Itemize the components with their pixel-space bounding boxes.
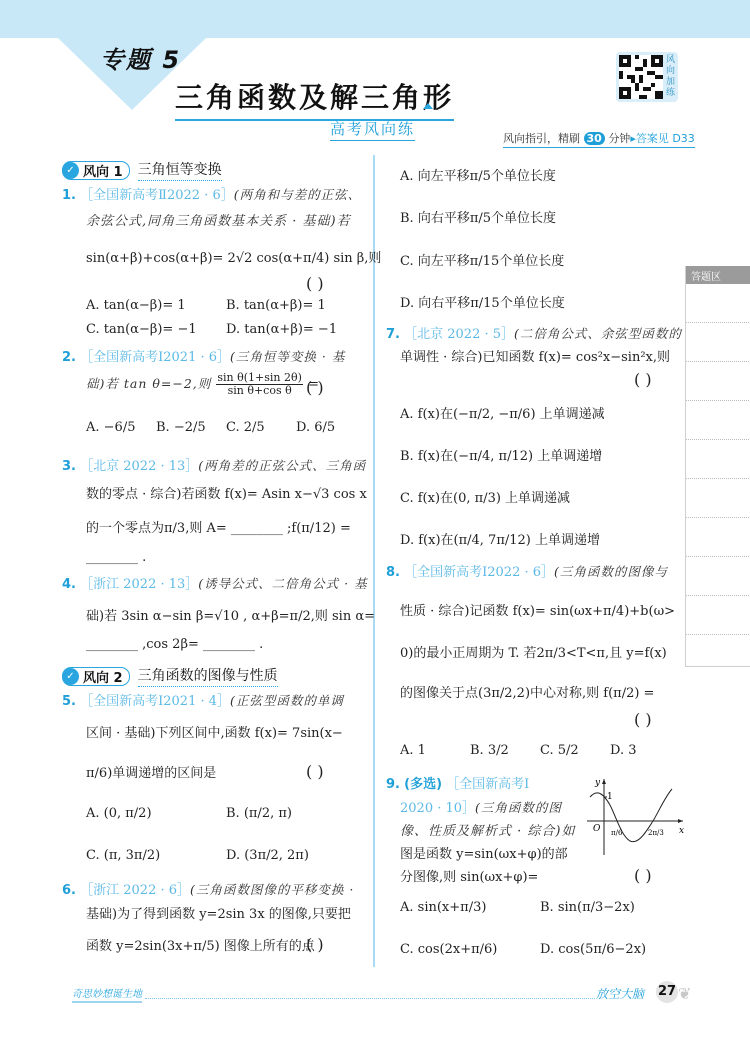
question-number: 3. (62, 459, 76, 474)
option-c[interactable]: C. 2/5 (226, 420, 265, 435)
peak-label: 1 (607, 792, 613, 802)
guide-minutes-badge: 30 (584, 132, 605, 145)
option-c[interactable]: C. 向左平移π/15个单位长度 (400, 250, 564, 269)
section-1-badge-label: 风向 1 (83, 161, 123, 180)
option-c[interactable]: C. cos(2x+π/6) (400, 942, 497, 957)
answer-line (686, 556, 750, 557)
question-text: 像、性质及解析式 · 综合)如 (400, 820, 575, 839)
question-text: 分图像,则 sin(ωx+φ)= (400, 866, 538, 885)
compass-icon: ✓ (62, 668, 79, 685)
question-4: 4. ［浙江 2022 · 13］(诱导公式、二倍角公式 · 基 (62, 573, 368, 592)
question-keywords: (二倍角公式、余弦型函数的 (514, 326, 682, 341)
title-arrow-icon (423, 103, 433, 109)
answer-paren[interactable]: ( ) (634, 370, 652, 389)
question-3: 3. ［北京 2022 · 13］(两角差的正弦公式、三角函 (62, 455, 366, 474)
option-c[interactable]: C. tan(α−β)= −1 (86, 322, 197, 337)
option-d[interactable]: D. 3 (610, 743, 637, 758)
question-7: 7. ［北京 2022 · 5］(二倍角公式、余弦型函数的 (386, 323, 682, 342)
answer-line (686, 517, 750, 518)
option-a[interactable]: A. (0, π/2) (86, 806, 152, 821)
leaf-icon: ❦ (678, 984, 691, 1003)
section-2-title: 三角函数的图像与性质 (138, 665, 278, 687)
question-source: 2020 · 10］ (400, 801, 475, 816)
y-axis-label: y (594, 778, 601, 788)
question-number: 7. (386, 327, 400, 342)
question-source: ［浙江 2022 · 6］ (80, 883, 190, 898)
question-source: ［全国新高考Ⅰ2022 · 6］ (404, 565, 554, 580)
question-number: 1. (62, 188, 76, 203)
guide-prefix: 风向指引，精刷 (503, 132, 580, 145)
option-d[interactable]: D. tan(α+β)= −1 (226, 322, 337, 337)
question-keywords: (两角差的正弦公式、三角函 (198, 458, 366, 473)
question-number: 4. (62, 577, 76, 592)
qr-code-icon[interactable] (619, 55, 663, 99)
fraction: sin θ(1+sin 2θ)sin θ+cos θ (216, 372, 303, 397)
guide-suffix: 分钟 (608, 132, 630, 145)
page-number: 27 (656, 981, 678, 1003)
answer-line (686, 478, 750, 479)
question-text: 区间 · 基础)下列区间中,函数 f(x)= 7sin(x− (86, 722, 343, 741)
question-1: 1. ［全国新高考Ⅱ2022 · 6］(两角和与差的正弦、 (62, 184, 361, 203)
section-2-badge: ✓ 风向 2 (62, 667, 130, 686)
guide-line: 风向指引，精刷 30 分钟▸答案见 D33 (503, 130, 695, 148)
question-source: ［北京 2022 · 13］ (80, 459, 198, 474)
question-2: 2. ［全国新高考Ⅰ2021 · 6］(三角恒等变换 · 基 (62, 346, 345, 365)
fill-blank[interactable]: ________ . (86, 550, 146, 565)
option-c[interactable]: C. f(x)在(0, π/3) 上单调递减 (400, 487, 570, 506)
option-d[interactable]: D. 向右平移π/15个单位长度 (400, 292, 565, 311)
question-source: ［北京 2022 · 5］ (404, 327, 514, 342)
question-text[interactable]: 的一个零点为π/3,则 A= ________ ;f(π/12) = (86, 517, 351, 536)
option-b[interactable]: B. f(x)在(−π/4, π/12) 上单调递增 (400, 445, 602, 464)
question-keywords: (两角和与差的正弦、 (234, 187, 361, 202)
question-keywords: (三角恒等变换 · 基 (230, 349, 345, 364)
question-text: 础)若 3sin α−sin β=√10 , α+β=π/2,则 sin α= (86, 605, 375, 624)
option-a[interactable]: A. f(x)在(−π/2, −π/6) 上单调递减 (400, 403, 605, 422)
question-6: 6. ［浙江 2022 · 6］(三角函数图像的平移变换 · (62, 879, 354, 898)
section-1-badge: ✓ 风向 1 (62, 161, 130, 180)
question-text: 础)若 tan θ=−2,则 (86, 376, 211, 391)
column-divider (373, 155, 375, 967)
section-1-title: 三角恒等变换 (138, 159, 222, 181)
question-source: ［全国新高考Ⅰ2021 · 4］ (80, 694, 230, 709)
answer-paren[interactable]: ( ) (634, 710, 652, 729)
question-text: 性质 · 综合)记函数 f(x)= sin(ωx+π/4)+b(ω> (400, 600, 675, 619)
x-axis-label: x (679, 826, 684, 836)
question-number: 9. (386, 777, 400, 792)
question-text: 函数 y=2sin(3x+π/5) 图像上所有的点 (86, 935, 315, 954)
answer-line (686, 400, 750, 401)
tick-pi-6: π/6 (611, 829, 623, 837)
option-d[interactable]: D. (3π/2, 2π) (226, 848, 309, 863)
question-9: 9. (多选) ［全国新高考Ⅰ (386, 773, 529, 792)
sine-graph: y x O 1 π/6 2π/3 (585, 775, 685, 855)
multi-select-label: (多选) (404, 777, 442, 792)
option-d[interactable]: D. f(x)在(π/4, 7π/12) 上单调递增 (400, 529, 600, 548)
question-number: 8. (386, 565, 400, 580)
option-a[interactable]: A. tan(α−β)= 1 (86, 298, 186, 313)
question-source: ［全国新高考Ⅰ2021 · 6］ (80, 350, 230, 365)
qr-block[interactable]: 风向加练 (616, 52, 678, 102)
footer-tagline: 放空大脑 (596, 985, 644, 1002)
compass-icon: ✓ (62, 162, 79, 179)
question-number: 6. (62, 883, 76, 898)
answer-area-label: 答题区 (686, 266, 750, 284)
question-keywords: (三角函数的图像与 (554, 564, 668, 579)
question-5: 5. ［全国新高考Ⅰ2021 · 4］(正弦型函数的单调 (62, 690, 344, 709)
option-b[interactable]: B. 向右平移π/5个单位长度 (400, 207, 556, 226)
question-keywords: (正弦型函数的单调 (230, 693, 344, 708)
option-b[interactable]: B. 3/2 (470, 743, 509, 758)
question-source: ［全国新高考Ⅰ (446, 777, 529, 792)
section-1-header: ✓ 风向 1 三角恒等变换 (62, 159, 222, 181)
question-text: 单调性 · 综合)已知函数 f(x)= cos²x−sin²x,则 (400, 346, 670, 365)
option-a[interactable]: A. 1 (400, 743, 426, 758)
section-2-badge-label: 风向 2 (83, 667, 123, 686)
question-text: 图是函数 y=sin(ωx+φ)的部 (400, 843, 568, 862)
question-number: 5. (62, 694, 76, 709)
answer-area[interactable]: 答题区 (685, 266, 750, 667)
question-text: 余弦公式,同角三角函数基本关系 · 基础)若 (86, 210, 351, 229)
answer-line (686, 439, 750, 440)
answer-paren[interactable]: ( ) (306, 935, 324, 954)
answer-line (686, 361, 750, 362)
option-d[interactable]: D. cos(5π/6−2x) (540, 942, 646, 957)
question-8: 8. ［全国新高考Ⅰ2022 · 6］(三角函数的图像与 (386, 561, 668, 580)
question-text: 数的零点 · 综合)若函数 f(x)= Asin x−√3 cos x (86, 483, 367, 502)
question-text: 的图像关于点(3π/2,2)中心对称,则 f(π/2) = (400, 682, 654, 701)
question-text: 0)的最小正周期为 T. 若2π/3<T<π,且 y=f(x) (400, 642, 667, 661)
option-b[interactable]: B. tan(α+β)= 1 (226, 298, 326, 313)
question-number: 2. (62, 350, 76, 365)
qr-caption: 风向加练 (666, 55, 676, 99)
answer-paren[interactable]: ( ) (306, 274, 324, 293)
option-a[interactable]: A. 向左平移π/5个单位长度 (400, 165, 556, 184)
origin-label: O (593, 824, 601, 834)
question-text: π/6)单调递增的区间是 (86, 762, 216, 781)
question-keywords: (诱导公式、二倍角公式 · 基 (198, 576, 367, 591)
sub-title: 高考风向练 (330, 118, 415, 141)
option-c[interactable]: C. (π, 3π/2) (86, 848, 160, 863)
option-a[interactable]: A. sin(x+π/3) (400, 900, 486, 915)
header-band (0, 0, 750, 38)
section-2-header: ✓ 风向 2 三角函数的图像与性质 (62, 665, 278, 687)
question-source: ［全国新高考Ⅱ2022 · 6］ (80, 188, 234, 203)
question-keywords: (三角函数图像的平移变换 · (190, 882, 354, 897)
option-b[interactable]: B. sin(π/3−2x) (540, 900, 635, 915)
answer-paren[interactable]: ( ) (306, 762, 324, 781)
page-title: 三角函数及解三角形 (175, 76, 454, 121)
question-text: 2020 · 10］(三角函数的图 (400, 797, 562, 816)
question-keywords: (三角函数的图 (475, 800, 562, 815)
option-c[interactable]: C. 5/2 (540, 743, 579, 758)
answer-ref-link[interactable]: ▸答案见 D33 (630, 132, 695, 145)
question-stem: sin(α+β)+cos(α+β)= 2√2 cos(α+π/4) sin β,… (86, 247, 381, 266)
answer-line (686, 322, 750, 323)
answer-paren[interactable]: ( ) (306, 378, 324, 397)
footer-divider (145, 998, 595, 999)
footer-slogan: 奇思妙想诞生地 (72, 985, 142, 1003)
fill-blank[interactable]: ________ ,cos 2β= ________ . (86, 637, 263, 652)
option-d[interactable]: D. 6/5 (296, 420, 335, 435)
question-source: ［浙江 2022 · 13］ (80, 577, 198, 592)
topic-label: 专题 5 (100, 40, 181, 75)
option-a[interactable]: A. −6/5 (86, 420, 135, 435)
question-text: 基础)为了得到函数 y=2sin 3x 的图像,只要把 (86, 903, 351, 922)
option-b[interactable]: B. −2/5 (156, 420, 206, 435)
answer-paren[interactable]: ( ) (634, 866, 652, 885)
option-b[interactable]: B. (π/2, π) (226, 806, 292, 821)
answer-line (686, 634, 750, 635)
question-stem: 础)若 tan θ=−2,则 sin θ(1+sin 2θ)sin θ+cos … (86, 372, 319, 397)
tick-2pi-3: 2π/3 (648, 829, 664, 837)
answer-line (686, 595, 750, 596)
